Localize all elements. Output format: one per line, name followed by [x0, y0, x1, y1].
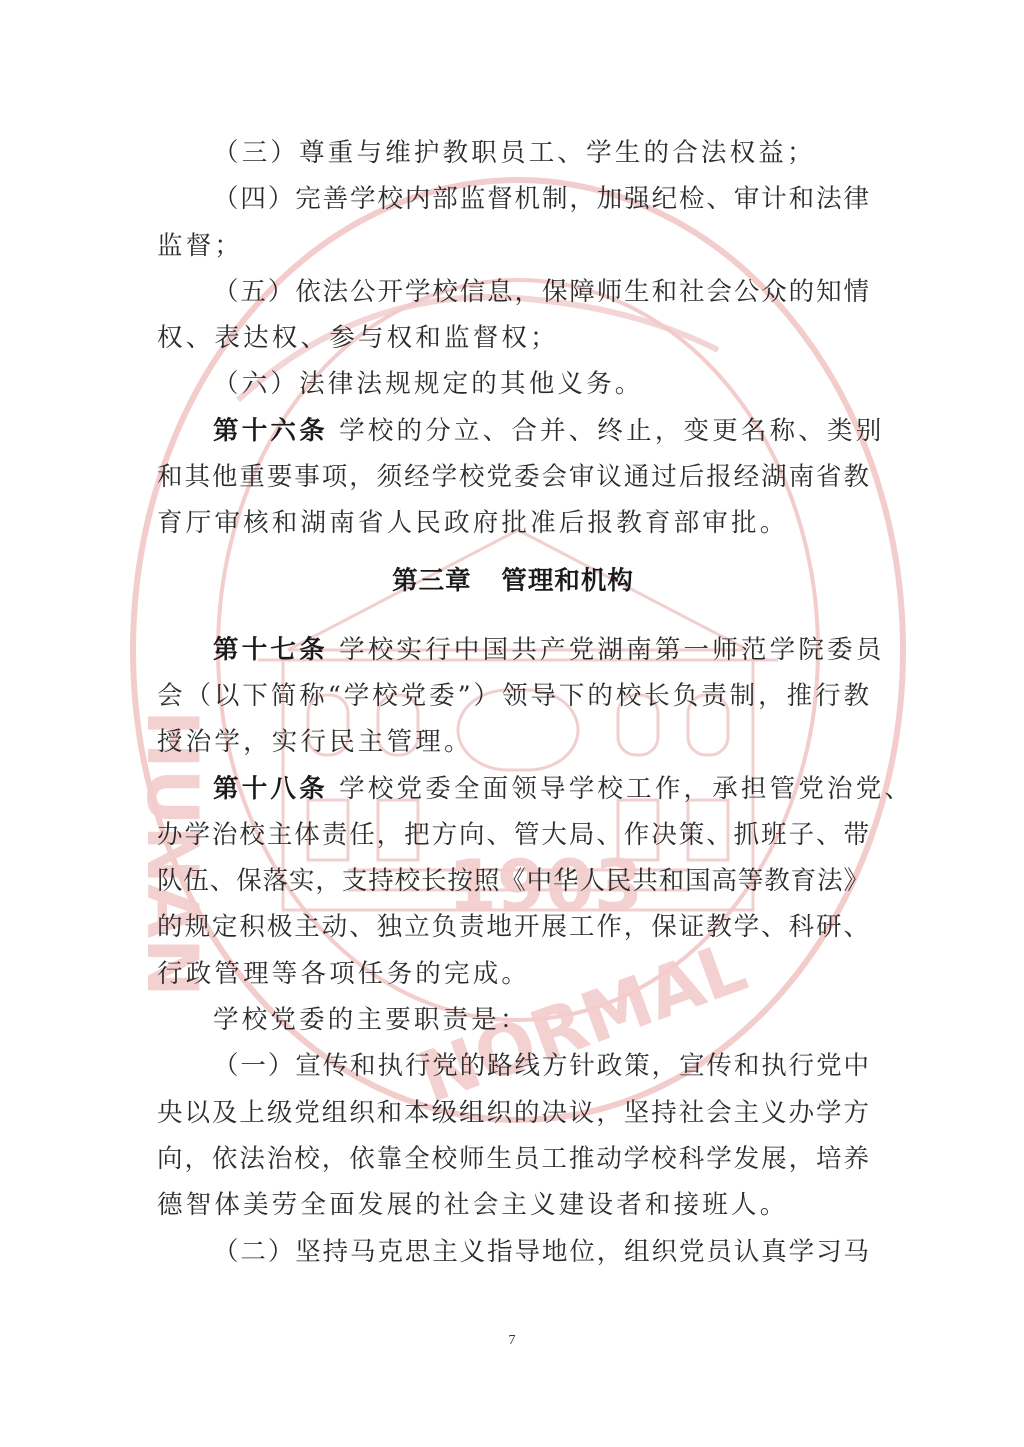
list-item: （五）依法公开学校信息，保障师生和社会公众的知情	[157, 269, 869, 315]
duty-item: （一）宣传和执行党的路线方针政策，宣传和执行党中	[157, 1043, 869, 1089]
article-text-line: 的规定积极主动、独立负责地开展工作，保证教学、科研、	[157, 904, 869, 950]
list-item: （六）法律法规规定的其他义务。	[157, 361, 869, 407]
article-text-line: 授治学，实行民主管理。	[157, 719, 869, 765]
article-label: 第十七条	[213, 635, 328, 665]
list-item: （四）完善学校内部监督机制，加强纪检、审计和法律	[157, 176, 869, 222]
article-text-line: 和其他重要事项，须经学校党委会审议通过后报经湖南省教	[157, 454, 869, 500]
article-text-line: 育厅审核和湖南省人民政府批准后报教育部审批。	[157, 500, 869, 546]
document-page: HUNAN 1903 NORMAL UNIVERSITY （三）尊重与维护教职员…	[0, 0, 1024, 1447]
article-text-line: 办学治校主体责任，把方向、管大局、作决策、抓班子、带	[157, 812, 869, 858]
duty-item-line: 向，依法治校，依靠全校师生员工推动学校科学发展，培养	[157, 1136, 869, 1182]
duty-item-line: 央以及上级党组织和本级组织的决议，坚持社会主义办学方	[157, 1090, 869, 1136]
article-text-line: 行政管理等各项任务的完成。	[157, 951, 869, 997]
article-text: 学校的分立、合并、终止，变更名称、类别	[339, 416, 884, 446]
document-body: （三）尊重与维护教职员工、学生的合法权益； （四）完善学校内部监督机制，加强纪检…	[157, 130, 869, 1275]
article-16: 第十六条 学校的分立、合并、终止，变更名称、类别	[157, 408, 869, 454]
duty-item: （二）坚持马克思主义指导地位，组织党员认真学习马	[157, 1229, 869, 1275]
page-number: 7	[0, 1333, 1024, 1349]
article-text-line: 队伍、保落实，支持校长按照《中华人民共和国高等教育法》	[157, 858, 869, 904]
list-item-continuation: 监督；	[157, 223, 869, 269]
duties-intro: 学校党委的主要职责是：	[157, 997, 869, 1043]
article-17: 第十七条 学校实行中国共产党湖南第一师范学院委员	[157, 627, 869, 673]
article-text: 学校实行中国共产党湖南第一师范学院委员	[339, 635, 884, 665]
duty-item-line: 德智体美劳全面发展的社会主义建设者和接班人。	[157, 1182, 869, 1228]
list-item-continuation: 权、表达权、参与权和监督权；	[157, 315, 869, 361]
article-18: 第十八条 学校党委全面领导学校工作，承担管党治党、	[157, 766, 869, 812]
chapter-heading: 第三章 管理和机构	[157, 553, 869, 619]
chapter-number: 第三章	[392, 566, 472, 596]
list-item: （三）尊重与维护教职员工、学生的合法权益；	[157, 130, 869, 176]
chapter-title: 管理和机构	[501, 566, 634, 596]
article-text: 学校党委全面领导学校工作，承担管党治党、	[339, 774, 913, 804]
article-text-line: 会（以下简称“学校党委”）领导下的校长负责制，推行教	[157, 673, 869, 719]
article-label: 第十六条	[213, 416, 328, 446]
article-label: 第十八条	[213, 774, 328, 804]
